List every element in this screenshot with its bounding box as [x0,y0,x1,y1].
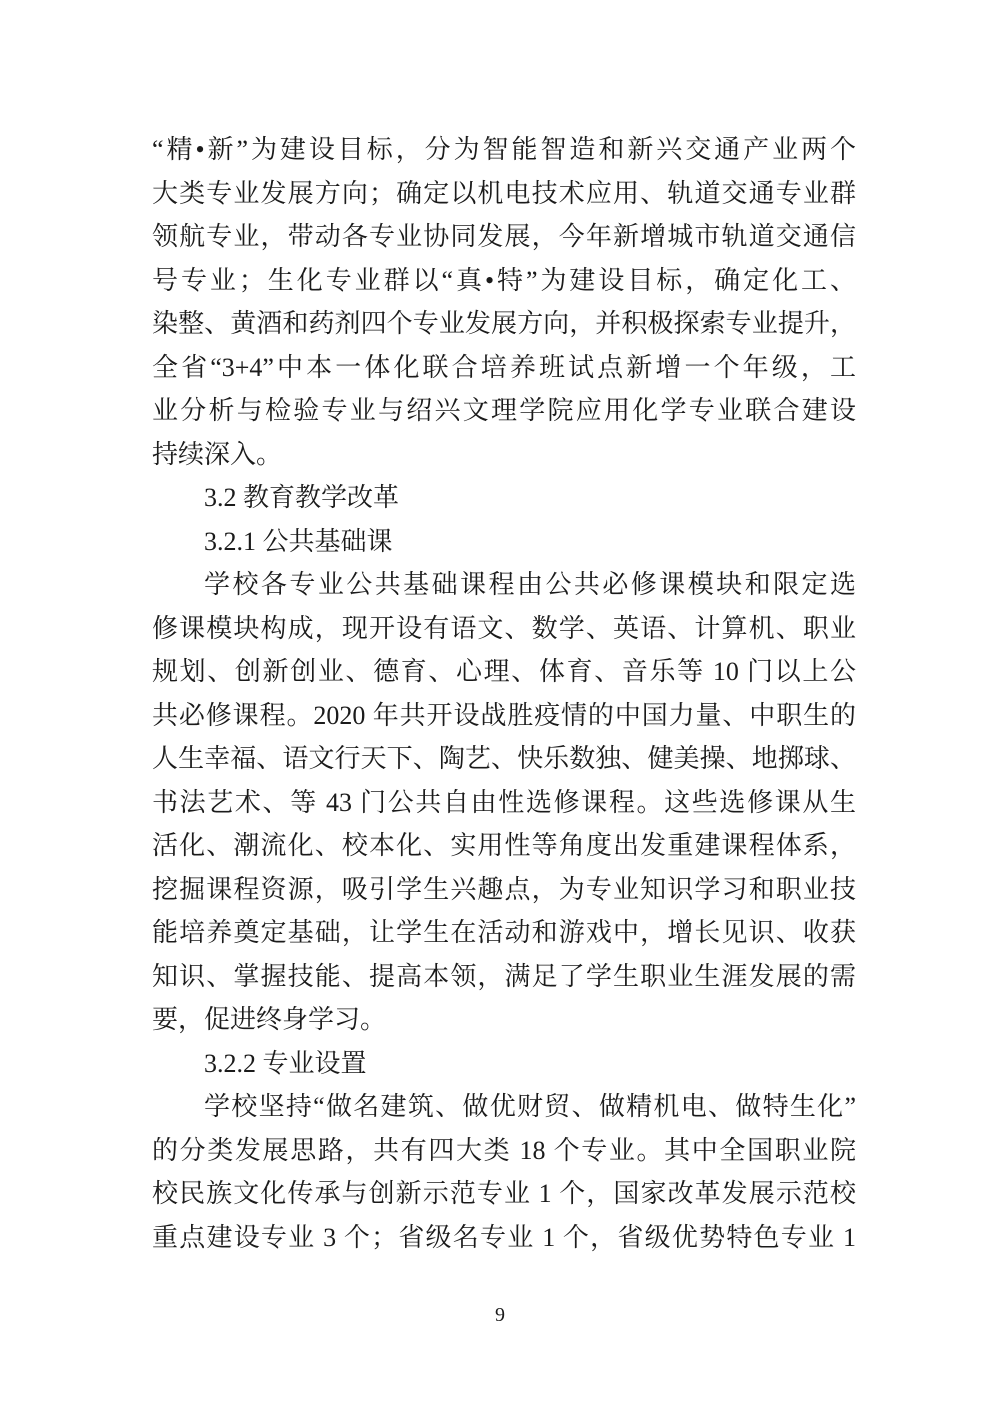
text-line: “精•新”为建设目标，分为智能智造和新兴交通产业两个 [152,128,856,172]
text-line: 业分析与检验专业与绍兴文理学院应用化学专业联合建设 [152,389,856,433]
paragraph-public-basic-courses: 学校各专业公共基础课程由公共必修课模块和限定选 修课模块构成，现开设有语文、数学… [152,563,856,1042]
section-heading-3-2-2: 3.2.2 专业设置 [152,1042,856,1086]
text-line: 学校坚持“做名建筑、做优财贸、做精机电、做特生化” [152,1085,856,1129]
text-line: 人生幸福、语文行天下、陶艺、快乐数独、健美操、地掷球、 [152,737,856,781]
document-page: “精•新”为建设目标，分为智能智造和新兴交通产业两个 大类专业发展方向；确定以机… [0,0,1000,1415]
text-line: 要，促进终身学习。 [152,998,856,1042]
text-line: 号专业；生化专业群以“真•特”为建设目标，确定化工、 [152,259,856,303]
text-line: 挖掘课程资源，吸引学生兴趣点，为专业知识学习和职业技 [152,868,856,912]
paragraph-major-settings: 学校坚持“做名建筑、做优财贸、做精机电、做特生化” 的分类发展思路，共有四大类 … [152,1085,856,1259]
text-line: 能培养奠定基础，让学生在活动和游戏中，增长见识、收获 [152,911,856,955]
text-line: 大类专业发展方向；确定以机电技术应用、轨道交通专业群 [152,172,856,216]
text-line: 学校各专业公共基础课程由公共必修课模块和限定选 [152,563,856,607]
text-line: 领航专业，带动各专业协同发展，今年新增城市轨道交通信 [152,215,856,259]
page-number: 9 [0,1301,1000,1329]
text-line: 重点建设专业 3 个；省级名专业 1 个，省级优势特色专业 1 [152,1216,856,1260]
text-line: 的分类发展思路，共有四大类 18 个专业。其中全国职业院 [152,1129,856,1173]
page-content: “精•新”为建设目标，分为智能智造和新兴交通产业两个 大类专业发展方向；确定以机… [152,128,856,1259]
text-line: 共必修课程。2020 年共开设战胜疫情的中国力量、中职生的 [152,694,856,738]
text-line: 知识、掌握技能、提高本领，满足了学生职业生涯发展的需 [152,955,856,999]
text-line: 染整、黄酒和药剂四个专业发展方向，并积极探索专业提升， [152,302,856,346]
text-line: 校民族文化传承与创新示范专业 1 个，国家改革发展示范校 [152,1172,856,1216]
text-line: 书法艺术、等 43 门公共自由性选修课程。这些选修课从生 [152,781,856,825]
text-line: 活化、潮流化、校本化、实用性等角度出发重建课程体系， [152,824,856,868]
text-line: 持续深入。 [152,433,856,477]
paragraph-continued: “精•新”为建设目标，分为智能智造和新兴交通产业两个 大类专业发展方向；确定以机… [152,128,856,476]
section-heading-3-2: 3.2 教育教学改革 [152,476,856,520]
section-heading-3-2-1: 3.2.1 公共基础课 [152,520,856,564]
text-line: 规划、创新创业、德育、心理、体育、音乐等 10 门以上公 [152,650,856,694]
text-line: 全省“3+4”中本一体化联合培养班试点新增一个年级，工 [152,346,856,390]
text-line: 修课模块构成，现开设有语文、数学、英语、计算机、职业 [152,607,856,651]
